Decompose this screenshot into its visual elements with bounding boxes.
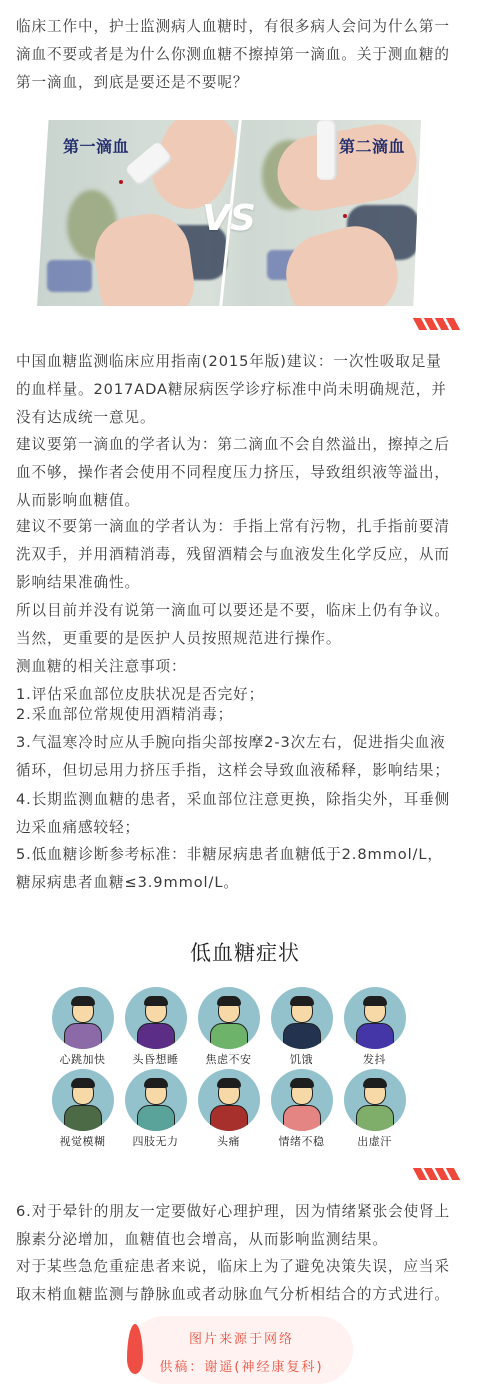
text-line: 中国血糖监测临床应用指南(2015年版)建议：一次性吸取足量 bbox=[16, 348, 466, 376]
symptom-label: 头昏想睡 bbox=[133, 1051, 179, 1065]
text-line: 糖尿病患者血糖≤3.9mmol/L。 bbox=[16, 869, 466, 897]
symptom-label: 视觉模糊 bbox=[60, 1133, 106, 1147]
text-line: 影响结果准确性。 bbox=[16, 569, 466, 597]
cartoon-figure-icon bbox=[344, 987, 406, 1049]
conclusion-paragraph: 所以目前并没有说第一滴血可以要还是不要，临床上仍有争议。 当然，更重要的是医护人… bbox=[16, 597, 466, 709]
glucose-meter bbox=[47, 260, 92, 292]
text-line: 边采血痛感较轻； bbox=[16, 814, 466, 842]
symptom-label: 发抖 bbox=[363, 1051, 386, 1065]
symptoms-grid: 心跳加快 头昏想睡 焦虑不安 饥饿 发抖 视觉模糊 四肢无力 头痛 bbox=[46, 987, 426, 1147]
text-line: 洗双手，并用酒精消毒，残留酒精会与血液发生化学反应，从而 bbox=[16, 541, 466, 569]
notes-2-3: 2.采血部位常规使用酒精消毒； 3.气温寒冷时应从手腕向指尖部按摩2-3次左右，… bbox=[16, 701, 466, 785]
note-item-6: 6.对于晕针的朋友一定要做好心理护理，因为情绪紧张会使肾上 腺素分泌增加，血糖值… bbox=[16, 1198, 466, 1254]
red-stripe-decoration bbox=[416, 1168, 462, 1180]
cartoon-figure-icon bbox=[198, 1069, 260, 1131]
symptom-label: 出虚汗 bbox=[357, 1133, 392, 1147]
symptom-weak-limbs: 四肢无力 bbox=[119, 1069, 192, 1147]
symptom-hunger: 饥饿 bbox=[265, 987, 338, 1065]
text-line: 建议要第一滴血的学者认为：第二滴血不会自然溢出，擦掉之后 bbox=[16, 431, 466, 459]
symptom-label: 心跳加快 bbox=[60, 1051, 106, 1065]
note-item-3: 3.气温寒冷时应从手腕向指尖部按摩2-3次左右，促进指尖血液 bbox=[16, 729, 466, 757]
symptom-label: 饥饿 bbox=[290, 1051, 313, 1065]
blood-drop bbox=[343, 214, 347, 218]
text-line: 没有达成统一意见。 bbox=[16, 404, 466, 432]
vs-label: VS bbox=[202, 198, 256, 239]
intro-paragraph: 临床工作中，护士监测病人血糖时，有很多病人会问为什么第一 滴血不要或者是为什么你… bbox=[16, 13, 466, 97]
text-line: 临床工作中，护士监测病人血糖时，有很多病人会问为什么第一 bbox=[16, 13, 466, 41]
cartoon-figure-icon bbox=[52, 1069, 114, 1131]
cartoon-figure-icon bbox=[271, 987, 333, 1049]
text-line: 循环，但切忌用力挤压手指，这样会导致血液稀释，影响结果； bbox=[16, 757, 466, 785]
credit-box: 图片来源于网络 供稿：谢遥(神经康复科) bbox=[130, 1316, 353, 1384]
contributor-note: 供稿：谢遥(神经康复科) bbox=[130, 1356, 353, 1375]
note-item-4: 4.长期监测血糖的患者，采血部位注意更换，除指尖外，耳垂侧 边采血痛感较轻； bbox=[16, 786, 466, 842]
note-item-5: 5.低血糖诊断参考标准：非糖尿病患者血糖低于2.8mmol/L， 糖尿病患者血糖… bbox=[16, 841, 466, 897]
symptom-anxiety: 焦虑不安 bbox=[192, 987, 265, 1065]
text-line: 4.长期监测血糖的患者，采血部位注意更换，除指尖外，耳垂侧 bbox=[16, 786, 466, 814]
text-line: 腺素分泌增加，血糖值也会增高，从而影响监测结果。 bbox=[16, 1226, 466, 1254]
symptom-trembling: 发抖 bbox=[338, 987, 411, 1065]
symptom-drowsiness: 头昏想睡 bbox=[119, 987, 192, 1065]
text-line: 的血样量。2017ADA糖尿病医学诊疗标准中尚未明确规范，并 bbox=[16, 376, 466, 404]
cartoon-figure-icon bbox=[125, 1069, 187, 1131]
symptom-cold-sweat: 出虚汗 bbox=[338, 1069, 411, 1147]
cartoon-figure-icon bbox=[52, 987, 114, 1049]
cartoon-figure-icon bbox=[271, 1069, 333, 1131]
text-line: 第一滴血，到底是要还是不要呢？ bbox=[16, 69, 466, 97]
symptom-palpitations: 心跳加快 bbox=[46, 987, 119, 1065]
notes-heading: 测血糖的相关注意事项： bbox=[16, 653, 466, 681]
symptom-headache: 头痛 bbox=[192, 1069, 265, 1147]
text-line: 所以目前并没有说第一滴血可以要还是不要，临床上仍有争议。 bbox=[16, 597, 466, 625]
guideline-paragraph: 中国血糖监测临床应用指南(2015年版)建议：一次性吸取足量 的血样量。2017… bbox=[16, 348, 466, 432]
text-line: 当然，更重要的是医护人员按照规范进行操作。 bbox=[16, 625, 466, 653]
cartoon-figure-icon bbox=[125, 987, 187, 1049]
second-drop-label: 第二滴血 bbox=[339, 134, 405, 157]
cartoon-figure-icon bbox=[344, 1069, 406, 1131]
symptom-label: 头痛 bbox=[217, 1133, 240, 1147]
lancet-pen bbox=[317, 120, 337, 180]
symptom-mood-swings: 情绪不稳 bbox=[265, 1069, 338, 1147]
text-line: 取末梢血糖监测与静脉血或者动脉血气分析相结合的方式进行。 bbox=[16, 1281, 466, 1309]
note-item-2: 2.采血部位常规使用酒精消毒； bbox=[16, 701, 466, 729]
symptoms-title: 低血糖症状 bbox=[40, 937, 450, 967]
text-line: 对于某些急危重症患者来说，临床上为了避免决策失误，应当采 bbox=[16, 1253, 466, 1281]
text-line: 从而影响血糖值。 bbox=[16, 487, 466, 515]
symptom-label: 焦虑不安 bbox=[206, 1051, 252, 1065]
red-stripe-decoration bbox=[416, 318, 462, 330]
hypoglycemia-symptoms-illustration: 低血糖症状 心跳加快 头昏想睡 焦虑不安 饥饿 发抖 视觉模糊 四肢无力 bbox=[40, 925, 450, 1150]
text-line: 6.对于晕针的朋友一定要做好心理护理，因为情绪紧张会使肾上 bbox=[16, 1198, 466, 1226]
first-drop-label: 第一滴血 bbox=[63, 134, 129, 157]
critical-patients-paragraph: 对于某些急危重症患者来说，临床上为了避免决策失误，应当采 取末梢血糖监测与静脉血… bbox=[16, 1253, 466, 1309]
text-line: 5.低血糖诊断参考标准：非糖尿病患者血糖低于2.8mmol/L， bbox=[16, 841, 466, 869]
image-source-note: 图片来源于网络 bbox=[130, 1328, 353, 1347]
text-line: 建议不要第一滴血的学者认为：手指上常有污物，扎手指前要清 bbox=[16, 513, 466, 541]
pro-first-drop-paragraph: 建议要第一滴血的学者认为：第二滴血不会自然溢出，擦掉之后 血不够，操作者会使用不… bbox=[16, 431, 466, 515]
anti-first-drop-paragraph: 建议不要第一滴血的学者认为：手指上常有污物，扎手指前要清 洗双手，并用酒精消毒，… bbox=[16, 513, 466, 597]
symptom-label: 四肢无力 bbox=[133, 1133, 179, 1147]
symptom-label: 情绪不稳 bbox=[279, 1133, 325, 1147]
blood-drop bbox=[119, 180, 123, 184]
symptom-blurred-vision: 视觉模糊 bbox=[46, 1069, 119, 1147]
text-line: 滴血不要或者是为什么你测血糖不擦掉第一滴血。关于测血糖的 bbox=[16, 41, 466, 69]
text-line: 血不够，操作者会使用不同程度压力挤压，导致组织液等溢出， bbox=[16, 459, 466, 487]
first-vs-second-drop-photo: 第一滴血 第二滴血 VS bbox=[37, 120, 421, 306]
cartoon-figure-icon bbox=[198, 987, 260, 1049]
